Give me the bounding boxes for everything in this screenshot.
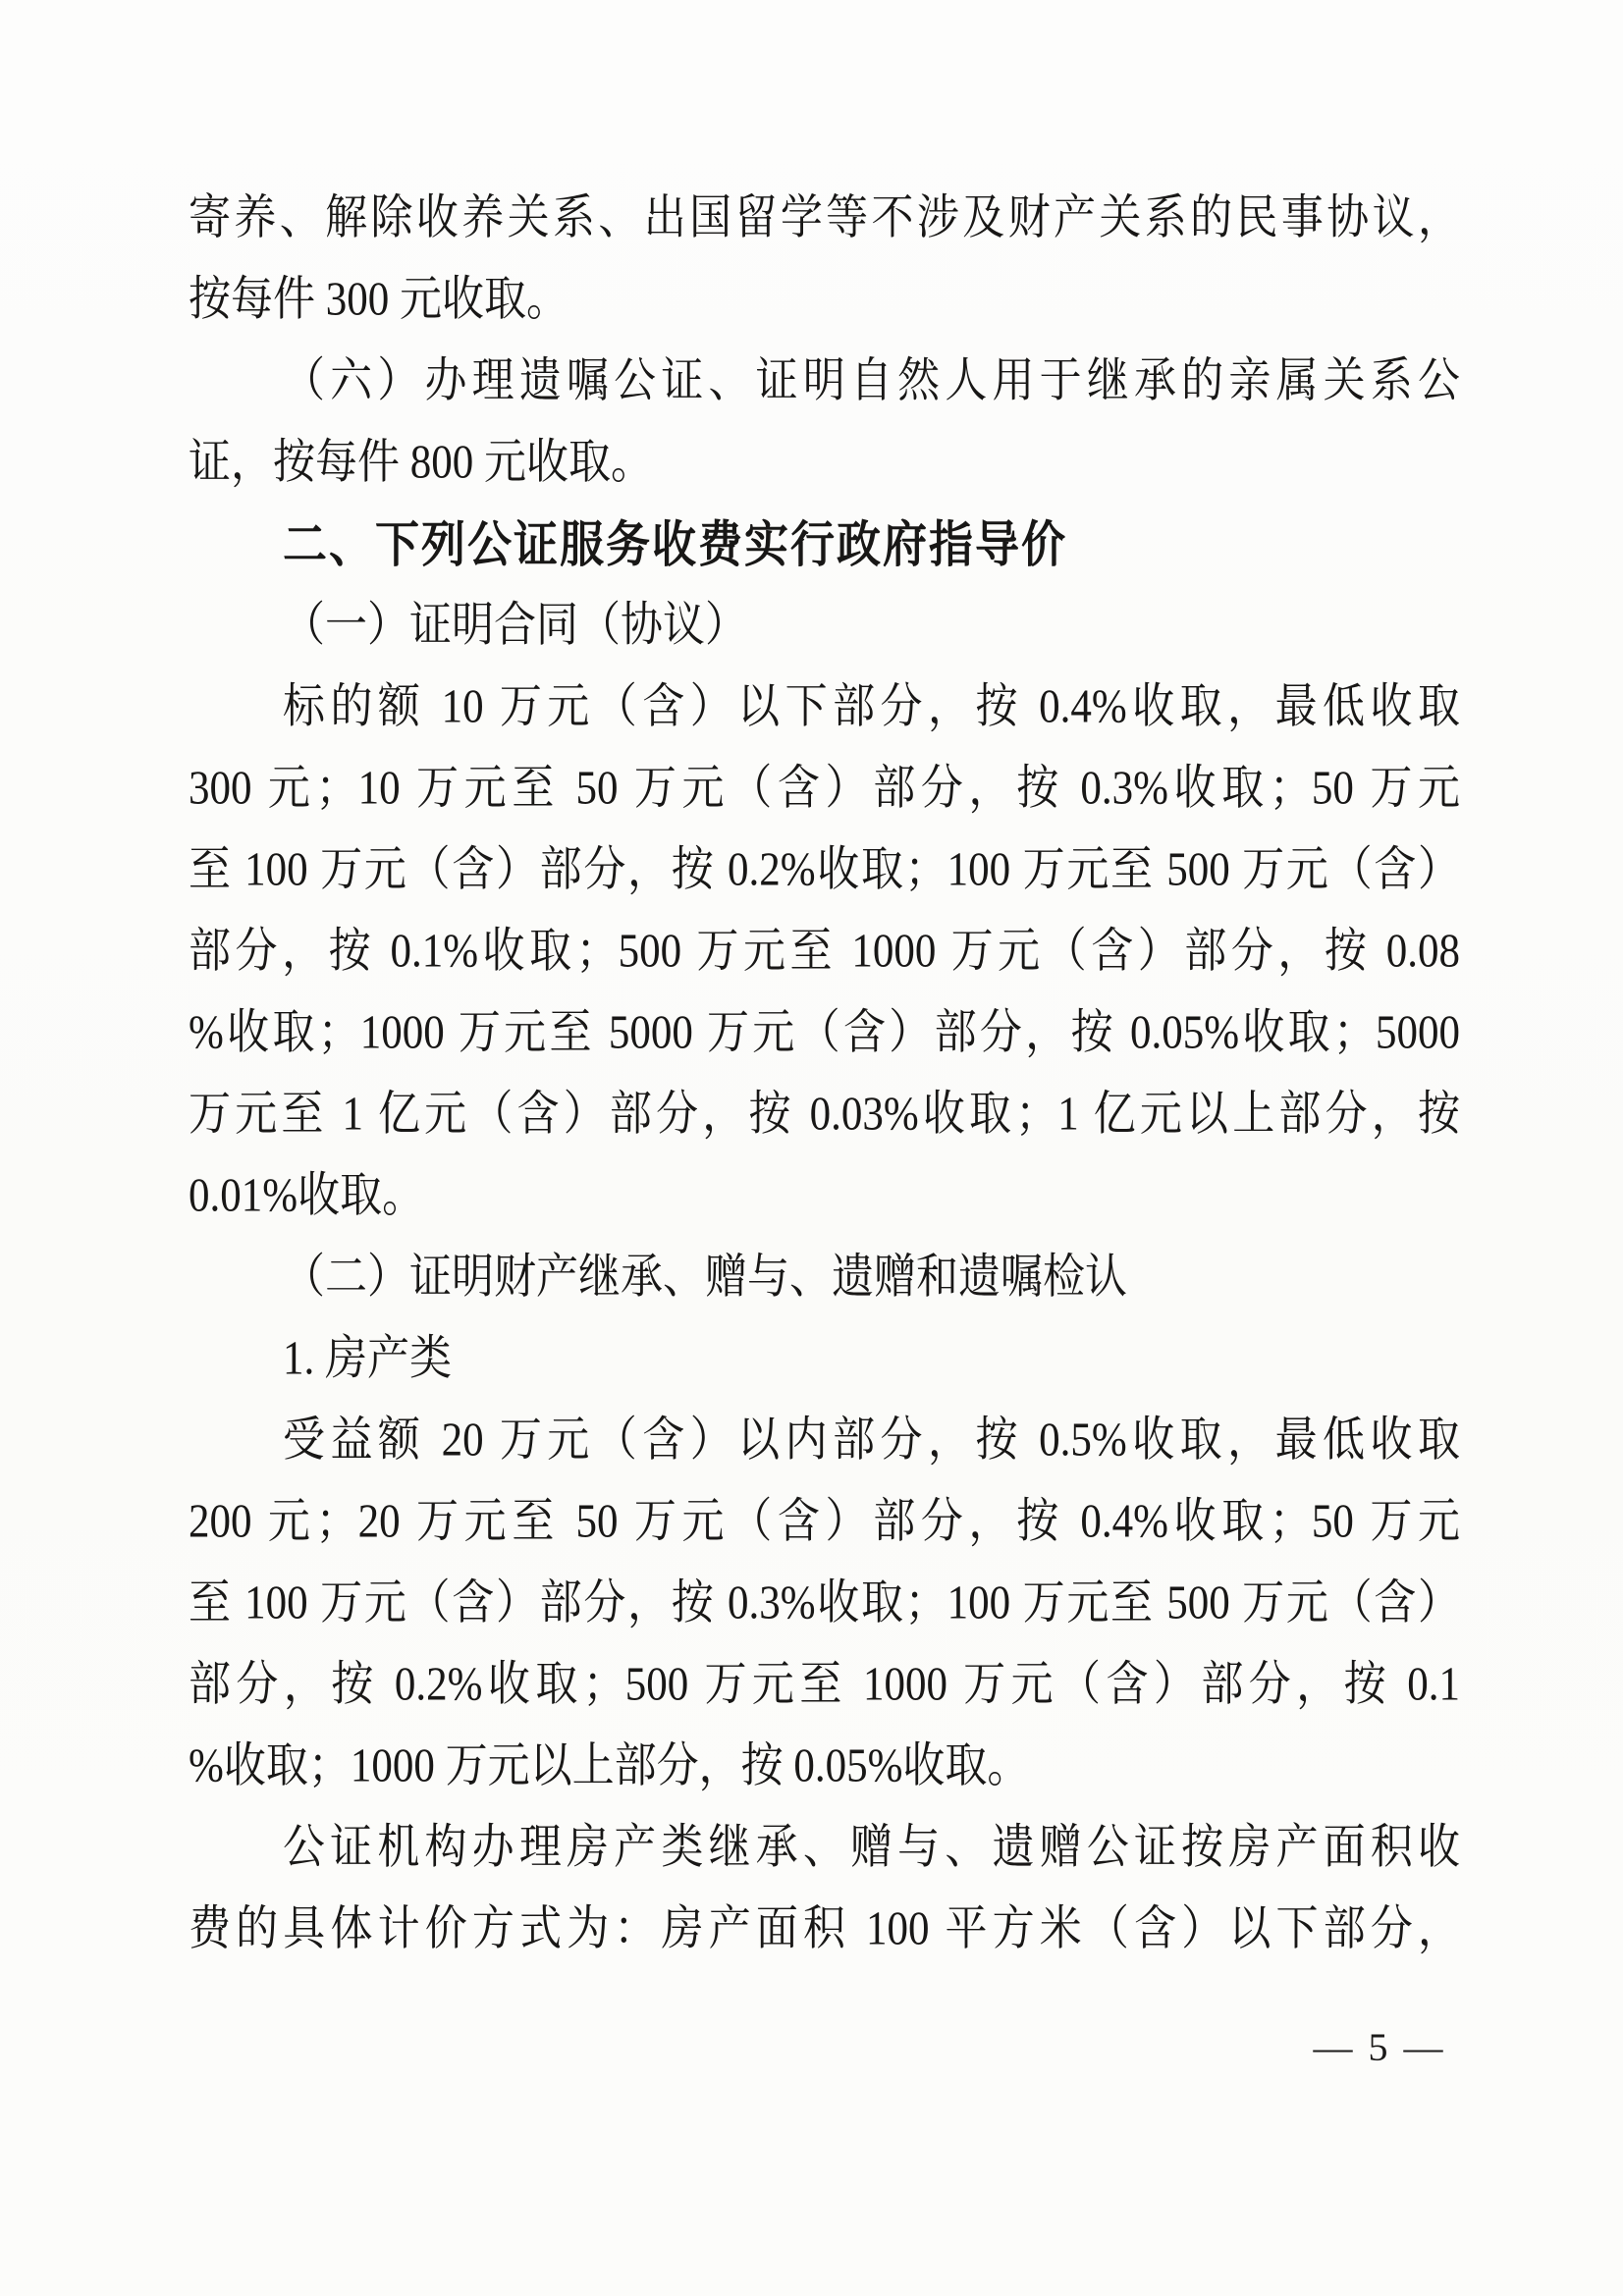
text-line: 部分，按 0.2%收取；500 万元至 1000 万元（含）部分，按 0.1	[189, 1639, 1460, 1731]
page-number: — 5 —	[1296, 2015, 1463, 2080]
text-line: 标的额 10 万元（含）以下部分，按 0.4%收取，最低收取	[189, 662, 1460, 753]
document-body: 寄养、解除收养关系、出国留学等不涉及财产关系的民事协议，按每件 300 元收取。…	[189, 178, 1460, 1970]
text-line: 部分，按 0.1%收取；500 万元至 1000 万元（含）部分，按 0.08	[189, 906, 1460, 997]
text-line: 受益额 20 万元（含）以内部分，按 0.5%收取，最低收取	[189, 1395, 1460, 1486]
text-line: %收取；1000 万元至 5000 万元（含）部分，按 0.05%收取；5000	[189, 988, 1460, 1079]
text-line: （一）证明合同（协议）	[189, 580, 1460, 671]
text-line: （六）办理遗嘱公证、证明自然人用于继承的亲属关系公	[189, 336, 1460, 427]
scanned-document-page: 寄养、解除收养关系、出国留学等不涉及财产关系的民事协议，按每件 300 元收取。…	[0, 0, 1623, 2296]
text-line: 至 100 万元（含）部分，按 0.2%收取；100 万元至 500 万元（含）	[189, 825, 1460, 916]
text-line: 1. 房产类	[189, 1313, 1460, 1405]
text-line: 万元至 1 亿元（含）部分，按 0.03%收取；1 亿元以上部分，按	[189, 1069, 1460, 1160]
text-line: %收取；1000 万元以上部分，按 0.05%收取。	[189, 1721, 1460, 1812]
text-line: 二、下列公证服务收费实行政府指导价	[189, 499, 1460, 590]
text-line: （二）证明财产继承、赠与、遗赠和遗嘱检认	[189, 1232, 1460, 1323]
text-line: 寄养、解除收养关系、出国留学等不涉及财产关系的民事协议，	[189, 173, 1460, 264]
text-line: 费的具体计价方式为：房产面积 100 平方米（含）以下部分，	[189, 1884, 1460, 1975]
text-line: 证，按每件 800 元收取。	[189, 417, 1460, 508]
text-line: 200 元；20 万元至 50 万元（含）部分，按 0.4%收取；50 万元	[189, 1476, 1460, 1568]
text-line: 公证机构办理房产类继承、赠与、遗赠公证按房产面积收	[189, 1802, 1460, 1894]
text-line: 按每件 300 元收取。	[189, 254, 1460, 346]
text-line: 0.01%收取。	[189, 1150, 1460, 1242]
text-line: 至 100 万元（含）部分，按 0.3%收取；100 万元至 500 万元（含）	[189, 1558, 1460, 1649]
text-line: 300 元；10 万元至 50 万元（含）部分，按 0.3%收取；50 万元	[189, 743, 1460, 834]
